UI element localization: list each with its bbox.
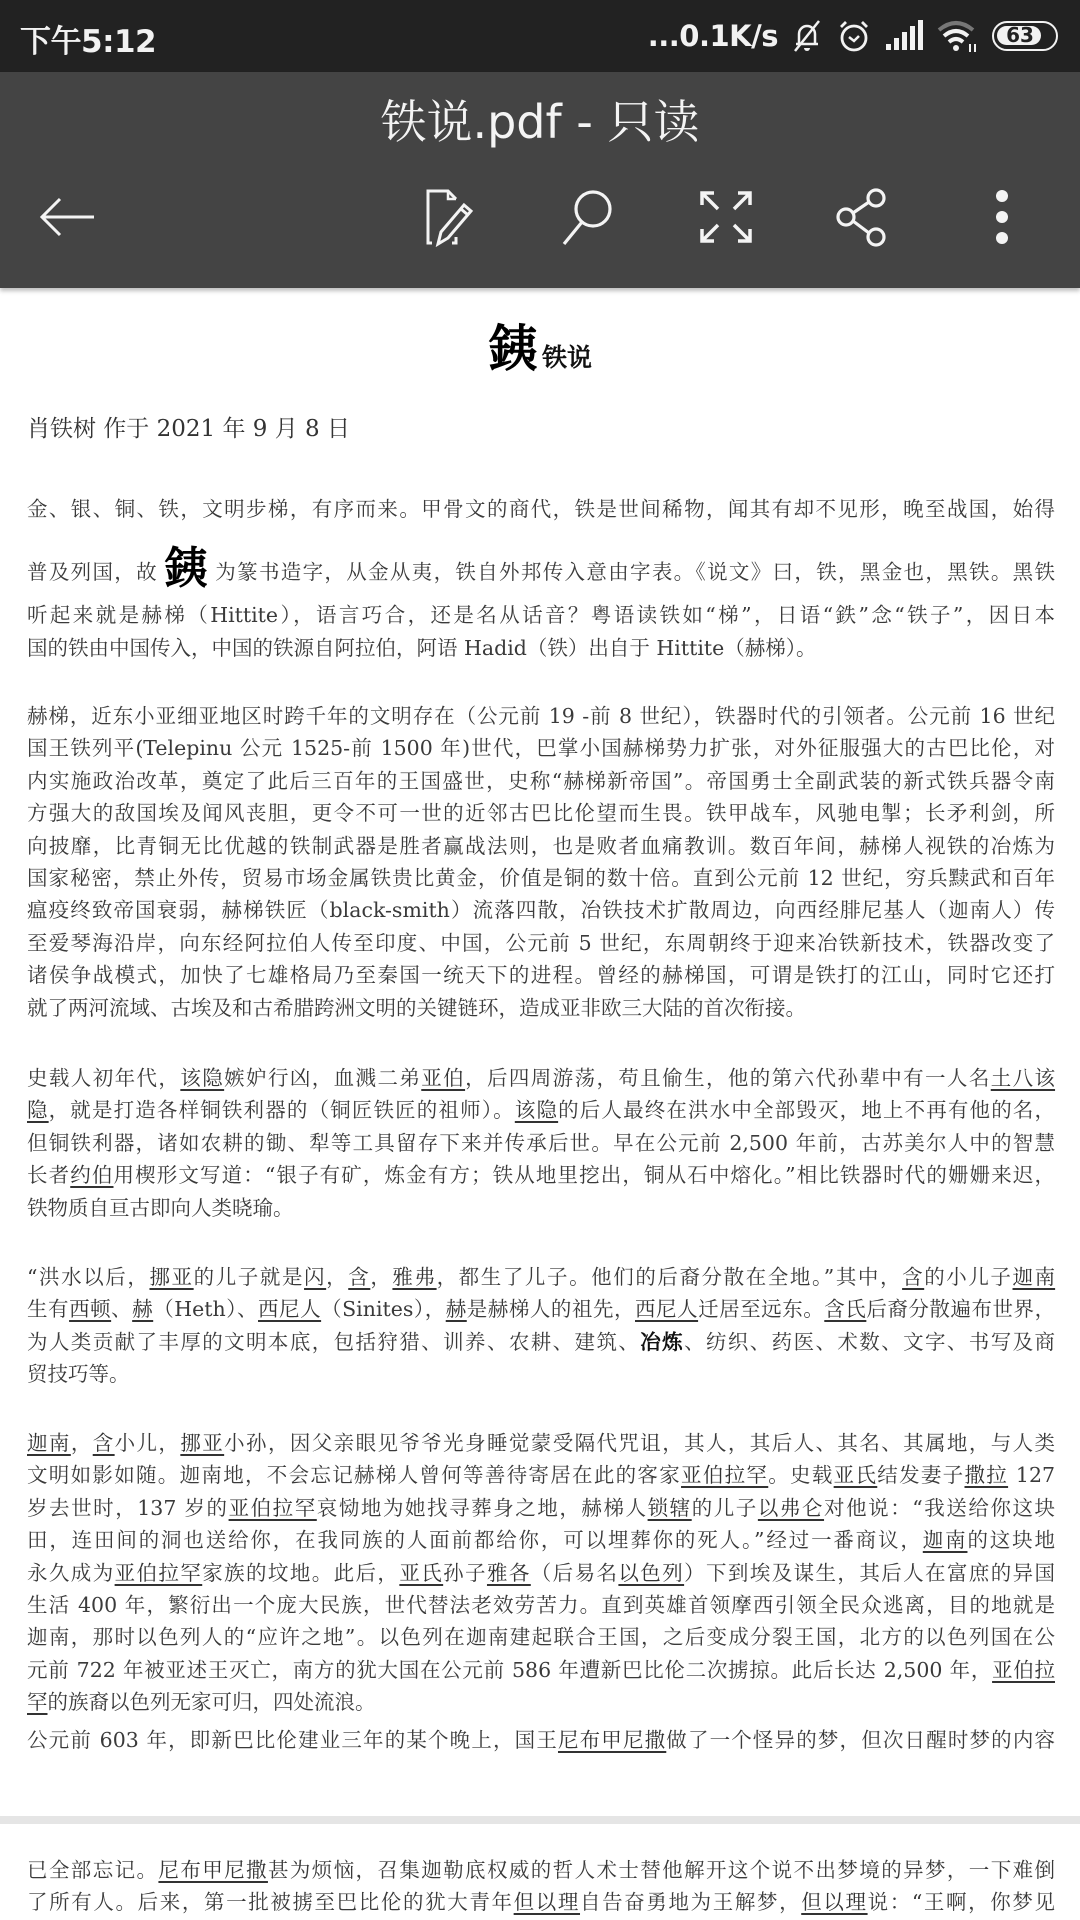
- text-line: 向披靡，比青铜无比优越的铁制武器是胜者赢战法则，也是败者血痛教训。数百年间，赫梯…: [27, 830, 1055, 862]
- search-icon: [558, 187, 618, 247]
- arrow-left-icon: [38, 195, 98, 239]
- text-line: 公元前 603 年，即新巴比伦建业三年的某个晚上，国王尼布甲尼撒做了一个怪异的梦…: [27, 1724, 1055, 1756]
- heading-text: 铁说: [542, 338, 592, 374]
- pdf-page-2[interactable]: 已全部忘记。尼布甲尼撒甚为烦恼，召集迦勒底权威的哲人术士替他解开这个说不出梦境的…: [0, 1824, 1080, 1920]
- text-line: 隐，就是打造各样铜铁利器的（铜匠铁匠的祖师）。该隐的后人最终在洪水中全部毁灭，地…: [27, 1094, 1055, 1126]
- name-link[interactable]: 锁辖: [648, 1496, 692, 1520]
- name-link[interactable]: 含: [93, 1431, 115, 1455]
- share-icon: [834, 187, 890, 247]
- paragraph-7: 已全部忘记。尼布甲尼撒甚为烦恼，召集迦勒底权威的哲人术士替他解开这个说不出梦境的…: [27, 1854, 1055, 1919]
- text-line: 迦南，含小儿，挪亚小孙，因父亲眼见爷爷光身睡觉蒙受隔代咒诅，其人，其后人、其名、…: [27, 1427, 1055, 1459]
- name-link[interactable]: 亚伯: [421, 1066, 465, 1090]
- name-link[interactable]: 以色列: [618, 1561, 684, 1585]
- text-line: “洪水以后，挪亚的儿子就是闪，含，雅弗，都生了儿子。他们的后裔分散在全地。”其中…: [27, 1261, 1055, 1293]
- text-line: 内实施政治改革，奠定了此后三百年的王国盛世，史称“赫梯新帝国”。帝国勇士全副武装…: [27, 765, 1055, 797]
- name-link[interactable]: 亚氏: [834, 1463, 878, 1487]
- name-link[interactable]: 但以理: [514, 1890, 580, 1914]
- name-link[interactable]: 隐: [27, 1098, 49, 1122]
- app-bar: 铁说.pdf - 只读: [0, 72, 1080, 288]
- name-link[interactable]: 亚伯拉罕: [681, 1463, 768, 1487]
- network-speed: ...0.1K/s: [648, 19, 778, 53]
- name-link[interactable]: 该隐: [515, 1098, 558, 1122]
- text-line: 史载人初年代，该隐嫉妒行凶，血溅二弟亚伯，后四周游荡，苟且偷生，他的第六代孙辈中…: [27, 1062, 1055, 1094]
- text-line: 永久成为亚伯拉罕家族的坟地。此后，亚氏孙子雅各（后易名以色列）下到埃及谋生，其后…: [27, 1557, 1055, 1589]
- fullscreen-icon: [700, 191, 752, 243]
- name-link[interactable]: 尼布甲尼撒: [558, 1728, 666, 1752]
- name-link[interactable]: 亚伯拉罕: [115, 1561, 203, 1585]
- name-link[interactable]: 亚伯拉罕: [229, 1496, 317, 1520]
- text-line: 国家秘密，禁止外传，贸易市场金属铁贵比黄金，价值是铜的数十倍。直到公元前 12 …: [27, 862, 1055, 894]
- text-line: 普及列国，故銕为篆书造字，从金从夷，铁自外邦传入意由字表。《说文》曰，铁，黑金也…: [27, 547, 1055, 595]
- paragraph-1: 金、银、铜、铁，文明步梯，有序而来。甲骨文的商代，铁是世间稀物，闻其有却不见形，…: [27, 493, 1055, 664]
- name-link[interactable]: 雅弗: [392, 1265, 436, 1289]
- more-options-button[interactable]: [962, 177, 1042, 257]
- text-line: 国王铁列平(Telepinu 公元 1525-前 1500 年)世代，巴掌小国赫…: [27, 732, 1055, 764]
- edit-button[interactable]: [412, 177, 492, 257]
- text-line: 岁去世时，137 岁的亚伯拉罕哀恸地为她找寻葬身之地，赫梯人锁辖的儿子以弗仑对他…: [27, 1492, 1055, 1524]
- text-line: 铁物质自亘古即向人类晓瑜。: [27, 1192, 1055, 1224]
- seal-script-character: 銕: [164, 547, 208, 591]
- text-line: 了所有人。后来，第一批被掳至巴比伦的犹大青年但以理自告奋勇地为王解梦，但以理说：…: [27, 1886, 1055, 1918]
- text-span: 为篆书造字，从金从夷，铁自外邦传入意由字表。《说文》曰，铁，黑金也，黑铁。黑铁: [214, 560, 1055, 584]
- text-line: 瘟疫终致帝国衰弱，赫梯铁匠（black-smith）流落四散，冶铁技术扩散周边，…: [27, 894, 1055, 926]
- more-vertical-icon: [992, 187, 1012, 247]
- text-line: 金、银、铜、铁，文明步梯，有序而来。甲骨文的商代，铁是世间稀物，闻其有却不见形，…: [27, 493, 1055, 525]
- name-link[interactable]: 挪亚: [149, 1265, 193, 1289]
- search-button[interactable]: [548, 177, 628, 257]
- text-line: 就了两河流域、古埃及和古希腊跨洲文明的关键链环，造成亚非欧三大陆的首次衔接。: [27, 992, 1055, 1024]
- name-link[interactable]: 迦南: [923, 1528, 968, 1552]
- name-link[interactable]: 赫: [446, 1297, 467, 1321]
- text-line: 已全部忘记。尼布甲尼撒甚为烦恼，召集迦勒底权威的哲人术士替他解开这个说不出梦境的…: [27, 1854, 1055, 1886]
- battery-level: 63: [994, 23, 1046, 48]
- edit-document-icon: [424, 187, 480, 247]
- text-span: 普及列国，故: [27, 560, 158, 584]
- status-time: 下午5:12: [20, 16, 156, 61]
- name-link[interactable]: 迦南: [27, 1431, 71, 1455]
- alarm-icon: [836, 18, 872, 54]
- text-line: 听起来就是赫梯（Hittite），语言巧合，还是名从话音？粤语读铁如“梯”，日语…: [27, 599, 1055, 631]
- text-line: 但铜铁利器，诸如农耕的锄、犁等工具留存下来并传承后世。早在公元前 2,500 年…: [27, 1127, 1055, 1159]
- text-line: 田，连田间的洞也送给你，在我同族的人面前都给你，可以埋葬你的死人。”经过一番商议…: [27, 1524, 1055, 1556]
- text-line: 生活 400 年，繁衍出一个庞大民族，世代替法老效劳苦力。直到英雄首领摩西引领全…: [27, 1589, 1055, 1621]
- paragraph-6: 公元前 603 年，即新巴比伦建业三年的某个晚上，国王尼布甲尼撒做了一个怪异的梦…: [27, 1724, 1055, 1756]
- text-line: 至爱琴海沿岸，向东经阿拉伯人传至印度、中国，公元前 5 世纪，东周朝终于迎来冶铁…: [27, 927, 1055, 959]
- name-link[interactable]: 亚氏: [399, 1561, 443, 1585]
- name-link[interactable]: 该隐: [180, 1066, 224, 1090]
- name-link[interactable]: 挪亚: [180, 1431, 224, 1455]
- name-link[interactable]: 约伯: [70, 1163, 113, 1187]
- seal-script-character: 銕: [488, 324, 538, 374]
- share-button[interactable]: [822, 177, 902, 257]
- name-link[interactable]: 雅各: [487, 1561, 531, 1585]
- text-line: 长者约伯用楔形文写道：“银子有矿，炼金有方；铁从地里挖出，铜从石中熔化。”相比铁…: [27, 1159, 1055, 1191]
- text-line: 赫梯，近东小亚细亚地区时跨千年的文明存在（公元前 19 -前 8 世纪），铁器时…: [27, 700, 1055, 732]
- name-link[interactable]: 亚伯拉: [992, 1658, 1055, 1682]
- bold-term: 冶炼: [640, 1330, 684, 1354]
- name-link[interactable]: 西顿: [69, 1297, 111, 1321]
- name-link[interactable]: 罕: [27, 1690, 48, 1714]
- name-link[interactable]: 闪: [304, 1265, 326, 1289]
- text-line: 迦南，那时以色列人的“应许之地”。以色列在迦南建起联合王国，之后变成分裂王国，北…: [27, 1621, 1055, 1653]
- text-line: 罕的族裔以色列无家可归，四处流浪。: [27, 1686, 1055, 1718]
- document-title: 铁说.pdf - 只读: [0, 86, 1080, 152]
- name-link[interactable]: 以弗仑: [758, 1496, 824, 1520]
- text-line: 文明如影如随。迦南地，不会忘记赫梯人曾何等善待寄居在此的客家亚伯拉罕。史载亚氏结…: [27, 1459, 1055, 1491]
- name-link[interactable]: 但以理: [801, 1890, 867, 1914]
- status-bar: 下午5:12 ...0.1K/s 63: [0, 0, 1080, 72]
- text-line: 为人类贡献了丰厚的文明本底，包括狩猎、训养、农耕、建筑、冶炼、纺织、药医、术数、…: [27, 1326, 1055, 1358]
- back-button[interactable]: [28, 177, 108, 257]
- text-line: 诸侯争战模式，加快了七雄格局乃至秦国一统天下的进程。曾经的赫梯国，可谓是铁打的江…: [27, 959, 1055, 991]
- text-line: 方强大的敌国埃及闻风丧胆，更令不可一世的近邻古巴比伦望而生畏。铁甲战车，风驰电掣…: [27, 797, 1055, 829]
- name-link[interactable]: 迦南: [1013, 1265, 1056, 1289]
- author-line: 肖铁树 作于 2021 年 9 月 8 日: [27, 410, 350, 443]
- name-link[interactable]: 尼布甲尼撒: [158, 1858, 268, 1882]
- paragraph-4: “洪水以后，挪亚的儿子就是闪，含，雅弗，都生了儿子。他们的后裔分散在全地。”其中…: [27, 1261, 1055, 1391]
- battery-icon: 63: [992, 21, 1058, 51]
- name-link[interactable]: 含: [902, 1265, 924, 1289]
- paragraph-2: 赫梯，近东小亚细亚地区时跨千年的文明存在（公元前 19 -前 8 世纪），铁器时…: [27, 700, 1055, 1024]
- name-link[interactable]: 西尼人: [635, 1297, 698, 1321]
- wifi-icon: [936, 18, 980, 54]
- text-line: 国的铁由中国传入，中国的铁源自阿拉伯，阿语 Hadid（铁）出自于 Hittit…: [27, 632, 1055, 664]
- bell-muted-icon: [790, 18, 824, 54]
- name-link[interactable]: 赫: [132, 1297, 153, 1321]
- text-line: 贸技巧等。: [27, 1358, 1055, 1390]
- document-heading: 銕铁说: [0, 324, 1080, 374]
- signal-icon: [884, 20, 924, 52]
- paragraph-5: 迦南，含小儿，挪亚小孙，因父亲眼见爷爷光身睡觉蒙受隔代咒诅，其人，其后人、其名、…: [27, 1427, 1055, 1719]
- name-link[interactable]: 土八该: [991, 1066, 1055, 1090]
- pdf-page-1[interactable]: 銕铁说 肖铁树 作于 2021 年 9 月 8 日 金、银、铜、铁，文明步梯，有…: [0, 288, 1080, 1816]
- paragraph-3: 史载人初年代，该隐嫉妒行凶，血溅二弟亚伯，后四周游荡，苟且偷生，他的第六代孙辈中…: [27, 1062, 1055, 1224]
- name-link[interactable]: 含氏: [824, 1297, 866, 1321]
- text-line: 元前 722 年被亚述王灭亡，南方的犹大国在公元前 586 年遭新巴比伦二次掳掠…: [27, 1654, 1055, 1686]
- name-link[interactable]: 西尼人: [258, 1297, 321, 1321]
- name-link[interactable]: 含: [348, 1265, 370, 1289]
- fullscreen-button[interactable]: [686, 177, 766, 257]
- status-icons: ...0.1K/s 63: [648, 14, 1058, 58]
- name-link[interactable]: 撒拉: [964, 1463, 1008, 1487]
- text-line: 生有西顿、赫（Heth）、西尼人（Sinites），赫是赫梯人的祖先，西尼人迁居…: [27, 1293, 1055, 1325]
